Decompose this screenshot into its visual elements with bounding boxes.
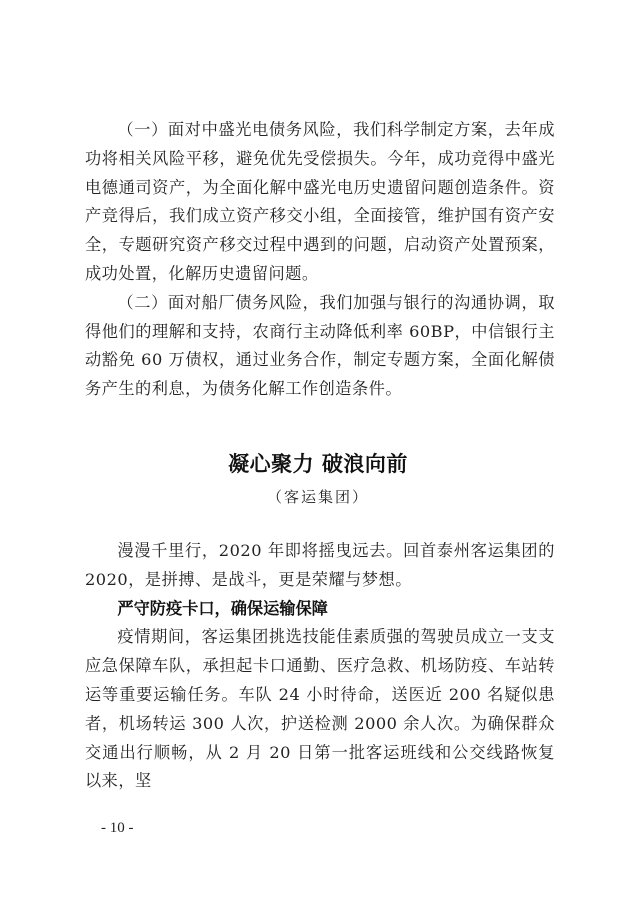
body-paragraph: 疫情期间，客运集团挑选技能佳素质强的驾驶员成立一支支应急保障车队，承担起卡口通勤… xyxy=(85,623,555,796)
paragraph-zhongsheng-debt: （一）面对中盛光电债务风险，我们科学制定方案，去年成功将相关风险平移，避免优先受… xyxy=(85,116,555,289)
page-number: - 10 - xyxy=(101,820,134,837)
section-subheading: 严守防疫卡口，确保运输保障 xyxy=(85,595,555,624)
document-page: （一）面对中盛光电债务风险，我们科学制定方案，去年成功将相关风险平移，避免优先受… xyxy=(0,0,636,900)
article-body: 漫漫千里行，2020 年即将摇曳远去。回首泰州客运集团的 2020，是拼搏、是战… xyxy=(85,537,555,796)
paragraph-text: 面对中盛光电债务风险，我们科学制定方案，去年成功将相关风险平移，避免优先受偿损失… xyxy=(85,120,555,283)
paragraph-shipyard-debt: （二）面对船厂债务风险，我们加强与银行的沟通协调，取得他们的理解和支持，农商行主… xyxy=(85,289,555,404)
article-subtitle: （客运集团） xyxy=(0,486,636,507)
paragraph-lead-marker: （二） xyxy=(117,293,168,312)
article-title: 凝心聚力 破浪向前 xyxy=(0,448,636,478)
paragraph-lead-marker: （一） xyxy=(117,120,168,139)
debt-risk-section: （一）面对中盛光电债务风险，我们科学制定方案，去年成功将相关风险平移，避免优先受… xyxy=(85,116,555,404)
intro-paragraph: 漫漫千里行，2020 年即将摇曳远去。回首泰州客运集团的 2020，是拼搏、是战… xyxy=(85,537,555,595)
